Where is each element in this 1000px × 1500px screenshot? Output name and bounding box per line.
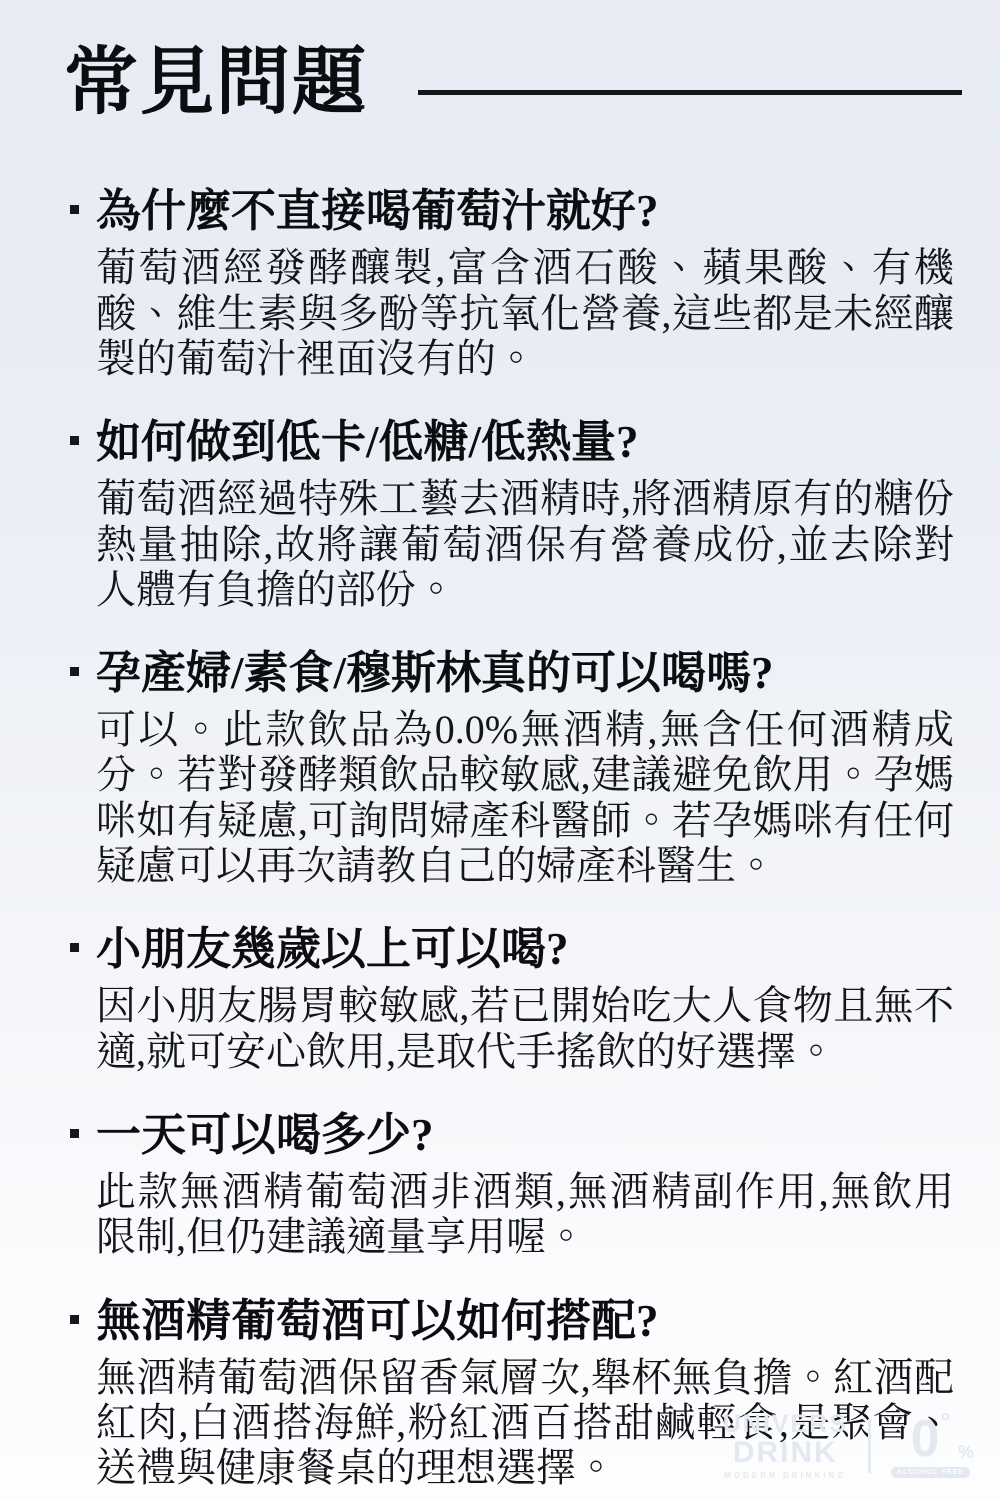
faq-answer: 因小朋友腸胃較敏感,若已開始吃大人食物且無不適,就可安心飲用,是取代手搖飲的好選… [96, 983, 954, 1073]
faq-question: 無酒精葡萄酒可以如何搭配? [96, 1296, 954, 1346]
page-header: 常見問題 [0, 0, 1000, 120]
faq-question: 一天可以喝多少? [96, 1110, 954, 1160]
faq-answer: 此款無酒精葡萄酒非酒類,無酒精副作用,無飲用限制,但仍建議適量享用喔。 [96, 1169, 954, 1259]
alcohol-free-badge: ALCOHOL FREE [891, 1467, 970, 1478]
faq-question-text: 無酒精葡萄酒可以如何搭配? [96, 1296, 659, 1346]
faq-item: 為什麼不直接喝葡萄汁就好? 葡萄酒經發酵釀製,富含酒石酸、蘋果酸、有機酸、維生素… [96, 186, 954, 381]
faq-item: 如何做到低卡/低糖/低熱量? 葡萄酒經過特殊工藝去酒精時,將酒精原有的糖份熱量抽… [96, 417, 954, 612]
watermark-divider [868, 1419, 871, 1473]
faq-question: 如何做到低卡/低糖/低熱量? [96, 417, 954, 467]
bullet-icon [70, 667, 79, 676]
degree-glyph: ° [941, 1409, 951, 1436]
faq-question-text: 如何做到低卡/低糖/低熱量? [96, 417, 639, 467]
faq-question-text: 一天可以喝多少? [96, 1110, 434, 1160]
faq-question-text: 小朋友幾歲以上可以喝? [96, 924, 569, 974]
faq-question: 孕產婦/素食/穆斯林真的可以喝嗎? [96, 648, 954, 698]
page-title: 常見問題 [64, 46, 368, 120]
percent-glyph: % [958, 1442, 974, 1463]
faq-question-text: 孕產婦/素食/穆斯林真的可以喝嗎? [96, 648, 774, 698]
bullet-icon [70, 1315, 79, 1324]
faq-item: 小朋友幾歲以上可以喝? 因小朋友腸胃較敏感,若已開始吃大人食物且無不適,就可安心… [96, 924, 954, 1074]
zero-glyph: 0 [911, 1410, 940, 1468]
faq-question: 為什麼不直接喝葡萄汁就好? [96, 186, 954, 236]
bullet-icon [70, 436, 79, 445]
brand-name-line1: UNIVERS [723, 1412, 848, 1437]
faq-answer: 葡萄酒經過特殊工藝去酒精時,將酒精原有的糖份熱量抽除,故將讓葡萄酒保有營養成份,… [96, 476, 954, 612]
brand-watermark: UNIVERS DRINK MODERN DRINKING 0° % ALCOH… [723, 1412, 970, 1480]
faq-answer: 可以。此款飲品為0.0%無酒精,無含任何酒精成分。若對發酵類飲品較敏感,建議避免… [96, 707, 954, 888]
faq-list: 為什麼不直接喝葡萄汁就好? 葡萄酒經發酵釀製,富含酒石酸、蘋果酸、有機酸、維生素… [0, 186, 1000, 1491]
brand-logo: UNIVERS DRINK MODERN DRINKING [723, 1412, 848, 1480]
bullet-icon [70, 943, 79, 952]
faq-question-text: 為什麼不直接喝葡萄汁就好? [96, 186, 659, 236]
faq-item: 孕產婦/素食/穆斯林真的可以喝嗎? 可以。此款飲品為0.0%無酒精,無含任何酒精… [96, 648, 954, 888]
brand-name-line2: DRINK [723, 1438, 848, 1468]
faq-item: 一天可以喝多少? 此款無酒精葡萄酒非酒類,無酒精副作用,無飲用限制,但仍建議適量… [96, 1110, 954, 1260]
bullet-icon [70, 205, 79, 214]
bullet-icon [70, 1129, 79, 1138]
faq-question: 小朋友幾歲以上可以喝? [96, 924, 954, 974]
zero-percent-logo: 0° % ALCOHOL FREE [891, 1413, 970, 1479]
brand-tagline: MODERN DRINKING [723, 1472, 848, 1480]
title-rule [418, 90, 962, 95]
faq-answer: 葡萄酒經發酵釀製,富含酒石酸、蘋果酸、有機酸、維生素與多酚等抗氧化營養,這些都是… [96, 245, 954, 381]
